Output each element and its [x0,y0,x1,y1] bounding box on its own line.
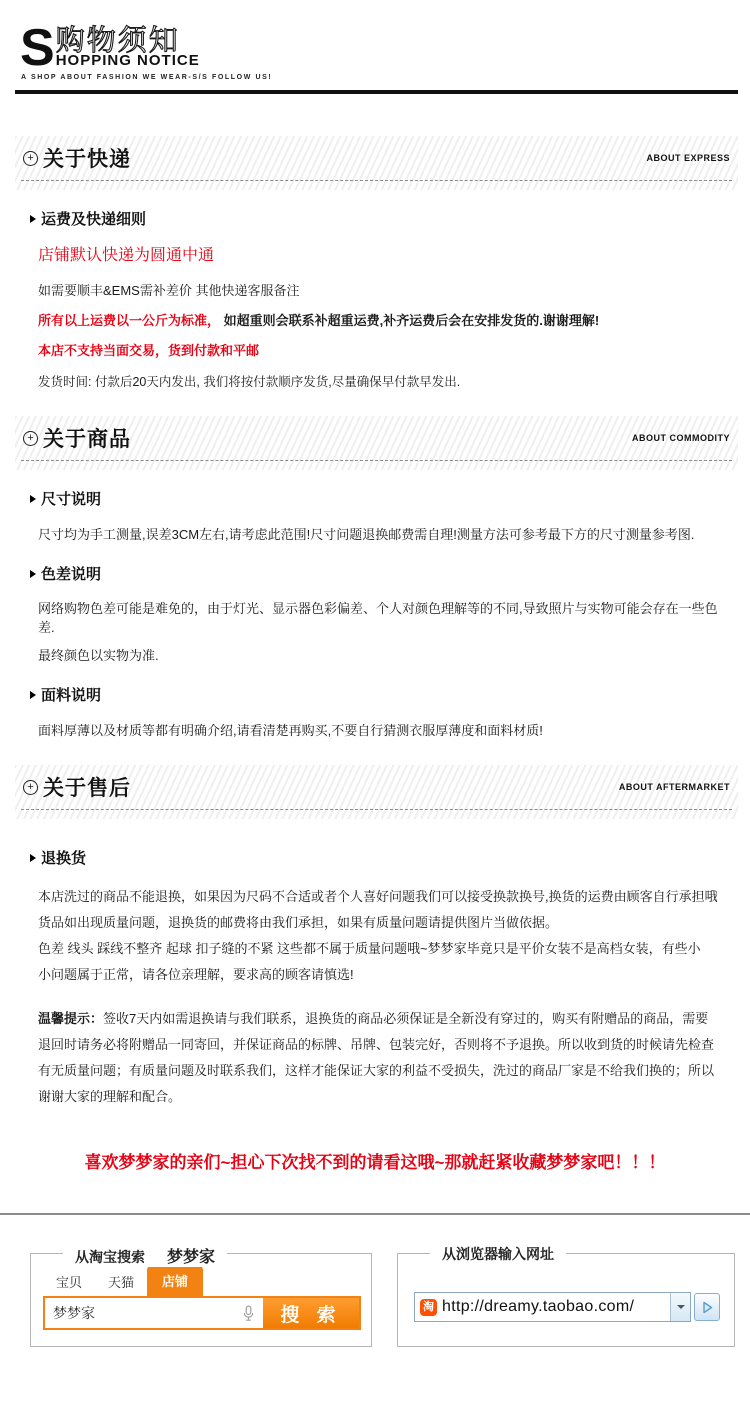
plus-circle-icon: + [23,431,38,446]
section-commodity: + 关于商品 ABOUT COMMODITY 尺寸说明 尺寸均为手工测量,误差3… [0,416,750,739]
section-title-en: ABOUT EXPRESS [646,153,730,163]
shop-logo: S 购物须知 HOPPING NOTICE A SHOP ABOUT FASHI… [20,28,750,81]
legend-prefix: 从淘宝搜索 [75,1249,145,1265]
favorite-callout: 喜欢梦梦家的亲们~担心下次找不到的请看这哦~那就赶紧收藏梦梦家吧！！！ [0,1148,750,1173]
sf-ems-line: 如需要顺丰&EMS需补差价 其他快递客服备注 [38,280,720,299]
arrow-bullet-icon [30,215,36,223]
subsection-returns: 退换货 [30,847,750,868]
section-title: 关于售后 [43,772,131,802]
weight-rule-line: 所有以上运费以一公斤为标准， 如超重则会联系补超重运费,补齐运费后会在安排发货的… [38,310,720,329]
search-panel-legend: 从淘宝搜索梦梦家 [63,1244,227,1267]
arrow-bullet-icon [30,570,36,578]
taobao-icon: 淘 [420,1299,437,1316]
section-title: 关于商品 [43,423,131,453]
section-title: 关于快递 [43,143,131,173]
logo-tagline: A SHOP ABOUT FASHION WE WEAR-S/S FOLLOW … [21,74,750,81]
subsection-shipping-rules: 运费及快递细则 [30,208,750,229]
logo-en-title: HOPPING NOTICE [56,52,200,69]
plus-circle-icon: + [23,151,38,166]
subsection-title: 运费及快递细则 [41,208,146,229]
search-button[interactable]: 搜 索 [263,1298,359,1328]
returns-line: 本店洗过的商品不能退换，如果因为尺码不合适或者个人喜好问题我们可以接受换款换号,… [38,884,720,910]
bottom-spacer [0,1347,750,1407]
subsection-title: 退换货 [41,847,86,868]
plus-circle-icon: + [23,780,38,795]
browser-url-panel: 从浏览器输入网址 淘 http://dreamy.taobao.com/ [397,1253,735,1347]
tab-items[interactable]: 宝贝 [43,1267,95,1296]
returns-line: 货品如出现质量问题，退换货的邮费将由我们承担，如果有质量问题请提供图片当做依据。 [38,910,720,936]
search-input-wrap [45,1298,263,1328]
arrow-bullet-icon [30,691,36,699]
tab-tmall[interactable]: 天猫 [95,1267,147,1296]
section-header-aftermarket: + 关于售后 ABOUT AFTERMARKET [15,765,738,819]
url-input[interactable]: 淘 http://dreamy.taobao.com/ [414,1292,691,1322]
returns-line: 色差 线头 踩线不整齐 起球 扣子缝的不紧 这些都不属于质量问题哦~梦梦家毕竟只… [38,936,720,962]
subsection-title: 尺寸说明 [41,488,101,509]
url-bar: 淘 http://dreamy.taobao.com/ [414,1292,720,1322]
microphone-icon[interactable] [234,1305,263,1322]
arrow-bullet-icon [30,854,36,862]
ship-time-line: 发货时间: 付款后20天内发出, 我们将按付款顺序发货,尽量确保早付款早发出. [38,372,720,390]
size-text: 尺寸均为手工测量,误差3CM左右,请考虑此范围!尺寸问题退换邮费需自理!测量方法… [38,524,720,543]
search-input[interactable] [45,1305,234,1321]
section-title-en: ABOUT AFTERMARKET [619,782,730,792]
logo-letter-s: S [20,28,53,68]
returns-paragraph: 本店洗过的商品不能退换，如果因为尺码不合适或者个人喜好问题我们可以接受换款换号,… [38,884,720,988]
section-aftermarket: + 关于售后 ABOUT AFTERMARKET 退换货 本店洗过的商品不能退换… [0,765,750,1110]
section-header-commodity: + 关于商品 ABOUT COMMODITY [15,416,738,470]
weight-rule-red: 所有以上运费以一公斤为标准， [38,313,220,328]
section-express: + 关于快递 ABOUT EXPRESS 运费及快递细则 店铺默认快递为圆通中通… [0,136,750,390]
no-cod-line: 本店不支持当面交易，货到付款和平邮 [38,340,720,359]
legend-shop-name: 梦梦家 [167,1249,215,1266]
top-divider [15,90,738,94]
fabric-text: 面料厚薄以及材质等都有明确介绍,请看清楚再购买,不要自行猜测衣服厚薄度和面料材质… [38,720,720,739]
search-tabs: 宝贝 天猫 店铺 [43,1270,371,1296]
section-header-express: + 关于快递 ABOUT EXPRESS [15,136,738,190]
section-title-en: ABOUT COMMODITY [632,433,730,443]
subsection-color: 色差说明 [30,563,750,584]
default-courier-line: 店铺默认快递为圆通中通 [38,242,720,265]
browser-panel-legend: 从浏览器输入网址 [430,1244,566,1264]
url-text[interactable]: http://dreamy.taobao.com/ [442,1298,634,1316]
taobao-search-panel: 从淘宝搜索梦梦家 宝贝 天猫 店铺 搜 索 [30,1253,372,1347]
color-text-1: 网络购物色差可能是难免的，由于灯光、显示器色彩偏差、个人对颜色理解等的不同,导致… [38,598,720,636]
tips-paragraph: 温馨提示：签收7天内如需退换请与我们联系，退换货的商品必须保证是全新没有穿过的，… [38,1006,720,1110]
tips-label: 温馨提示： [38,1011,103,1026]
tab-shop[interactable]: 店铺 [147,1265,203,1296]
logo-cn-title: 购物须知 [56,28,200,54]
go-arrow-icon[interactable] [694,1293,720,1321]
arrow-bullet-icon [30,495,36,503]
subsection-size: 尺寸说明 [30,488,750,509]
subsection-title: 色差说明 [41,563,101,584]
weight-rule-black: 如超重则会联系补超重运费,补齐运费后会在安排发货的.谢谢理解! [224,313,600,328]
dropdown-arrow-icon[interactable] [670,1293,690,1321]
subsection-title: 面料说明 [41,684,101,705]
tips-text: 签收7天内如需退换请与我们联系，退换货的商品必须保证是全新没有穿过的，购买有附赠… [38,1011,714,1104]
color-text-2: 最终颜色以实物为准. [38,645,720,664]
returns-line: 小问题属于正常，请各位亲理解，要求高的顾客请慎选! [38,962,720,988]
caret-down-icon [677,1305,685,1309]
subsection-fabric: 面料说明 [30,684,750,705]
search-bar: 搜 索 [43,1296,361,1330]
bottom-divider [0,1213,750,1215]
